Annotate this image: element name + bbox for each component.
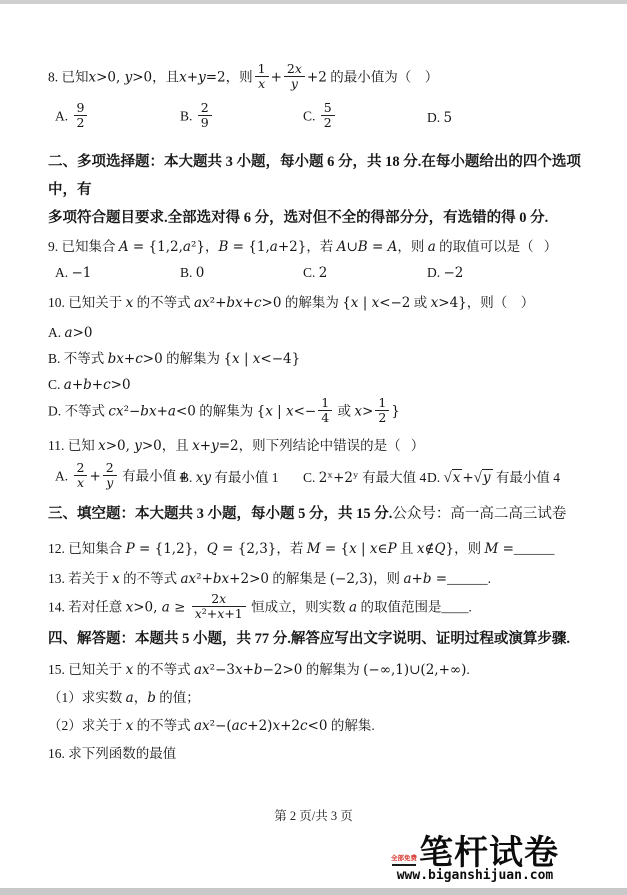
exam-content: 8. 已知x>0, y>0，且x+y=2，则1x+2xy+2 的最小值为（ ）A…	[48, 4, 582, 765]
watermark-brand: 笔杆试卷	[419, 837, 559, 869]
question-10-option-b: B. 不等式 bx+c>0 的解集为 {x | x<−4}	[48, 348, 582, 370]
section3-header: 三、填空题：本大题共 3 小题，每小题 5 分，共 15 分.公众号：高一高二高…	[48, 500, 582, 528]
watermark-tagline: 全部免费	[391, 855, 417, 863]
page-number: 第 2 页/共 3 页	[0, 806, 627, 824]
question-11-option-d: D. √x+√y 有最小值 4	[427, 467, 582, 489]
question-11: 11. 已知 x>0, y>0，且 x+y=2，则下列结论中错误的是（ ）	[48, 435, 582, 457]
question-9: 9. 已知集合 A = {1,2,a²}，B = {1,a+2}，若 A∪B =…	[48, 236, 582, 258]
question-9-option-d: D. −2	[427, 262, 582, 284]
question-11-option-c: C. 2ˣ+2ʸ 有最大值 4	[303, 467, 427, 489]
watermark-top-row: 全部免费 笔杆试卷	[391, 837, 559, 869]
watermark-fineprint-bar	[392, 864, 416, 866]
question-10-option-c: C. a+b+c>0	[48, 374, 582, 396]
section4-header: 四、解答题：本题共 5 小题，共 77 分.解答应写出文字说明、证明过程或演算步…	[48, 625, 582, 653]
question-13: 13. 若关于 x 的不等式 ax²+bx+2>0 的解集是 (−2,3)，则 …	[48, 568, 582, 590]
question-9-option-b: B. 0	[180, 262, 303, 284]
watermark-url: www.biganshijuan.com	[397, 869, 554, 884]
section2-header-line1: 二、多项选择题：本大题共 3 小题，每小题 6 分，共 18 分.在每小题给出的…	[48, 148, 582, 204]
question-10-option-a: A. a>0	[48, 322, 582, 344]
question-14: 14. 若对任意 x>0, a ≥ 2xx²+x+1 恒成立，则实数 a 的取值…	[48, 594, 582, 623]
watermark: 全部免费 笔杆试卷 www.biganshijuan.com	[391, 837, 559, 884]
section2-header-line2: 多项符合题目要求.全部选对得 6 分，选对但不全的得部分分，有选错的得 0 分.	[48, 204, 582, 232]
question-11-option-a: A. 2x+2y 有最小值 4	[55, 463, 180, 492]
question-8-option-c: C. 52	[303, 103, 427, 132]
page-bottom-edge	[0, 888, 627, 895]
question-9-options: A. −1B. 0C. 2D. −2	[48, 262, 582, 284]
question-8-options: A. 92B. 29C. 52D. 5	[48, 103, 582, 132]
watermark-tagline-block: 全部免费	[391, 855, 417, 866]
question-16: 16. 求下列函数的最值	[48, 743, 582, 765]
question-10-option-d: D. 不等式 cx²−bx+a<0 的解集为 {x | x<−14 或 x>12…	[48, 398, 582, 427]
question-8-option-b: B. 29	[180, 103, 303, 132]
question-11-options: A. 2x+2y 有最小值 4B. xy 有最小值 1C. 2ˣ+2ʸ 有最大值…	[48, 463, 582, 492]
question-15-part2: （2）求关于 x 的不等式 ax²−(ac+2)x+2c<0 的解集.	[48, 715, 582, 737]
question-15-part1: （1）求实数 a，b 的值；	[48, 687, 582, 709]
question-9-option-c: C. 2	[303, 262, 427, 284]
question-8-option-d: D. 5	[427, 107, 582, 129]
question-8-option-a: A. 92	[55, 103, 180, 132]
question-8: 8. 已知x>0, y>0，且x+y=2，则1x+2xy+2 的最小值为（ ）	[48, 64, 582, 93]
question-11-option-b: B. xy 有最小值 1	[180, 467, 303, 489]
question-15: 15. 已知关于 x 的不等式 ax²−3x+b−2>0 的解集为 (−∞,1)…	[48, 659, 582, 681]
exam-paper-page: { "page": { "footer": "第 2 页/共 3 页" }, "…	[0, 0, 627, 895]
question-12: 12. 已知集合 P = {1,2}，Q = {2,3}，若 M = {x | …	[48, 538, 582, 560]
question-10: 10. 已知关于 x 的不等式 ax²+bx+c>0 的解集为 {x | x<−…	[48, 292, 582, 314]
question-9-option-a: A. −1	[55, 262, 180, 284]
